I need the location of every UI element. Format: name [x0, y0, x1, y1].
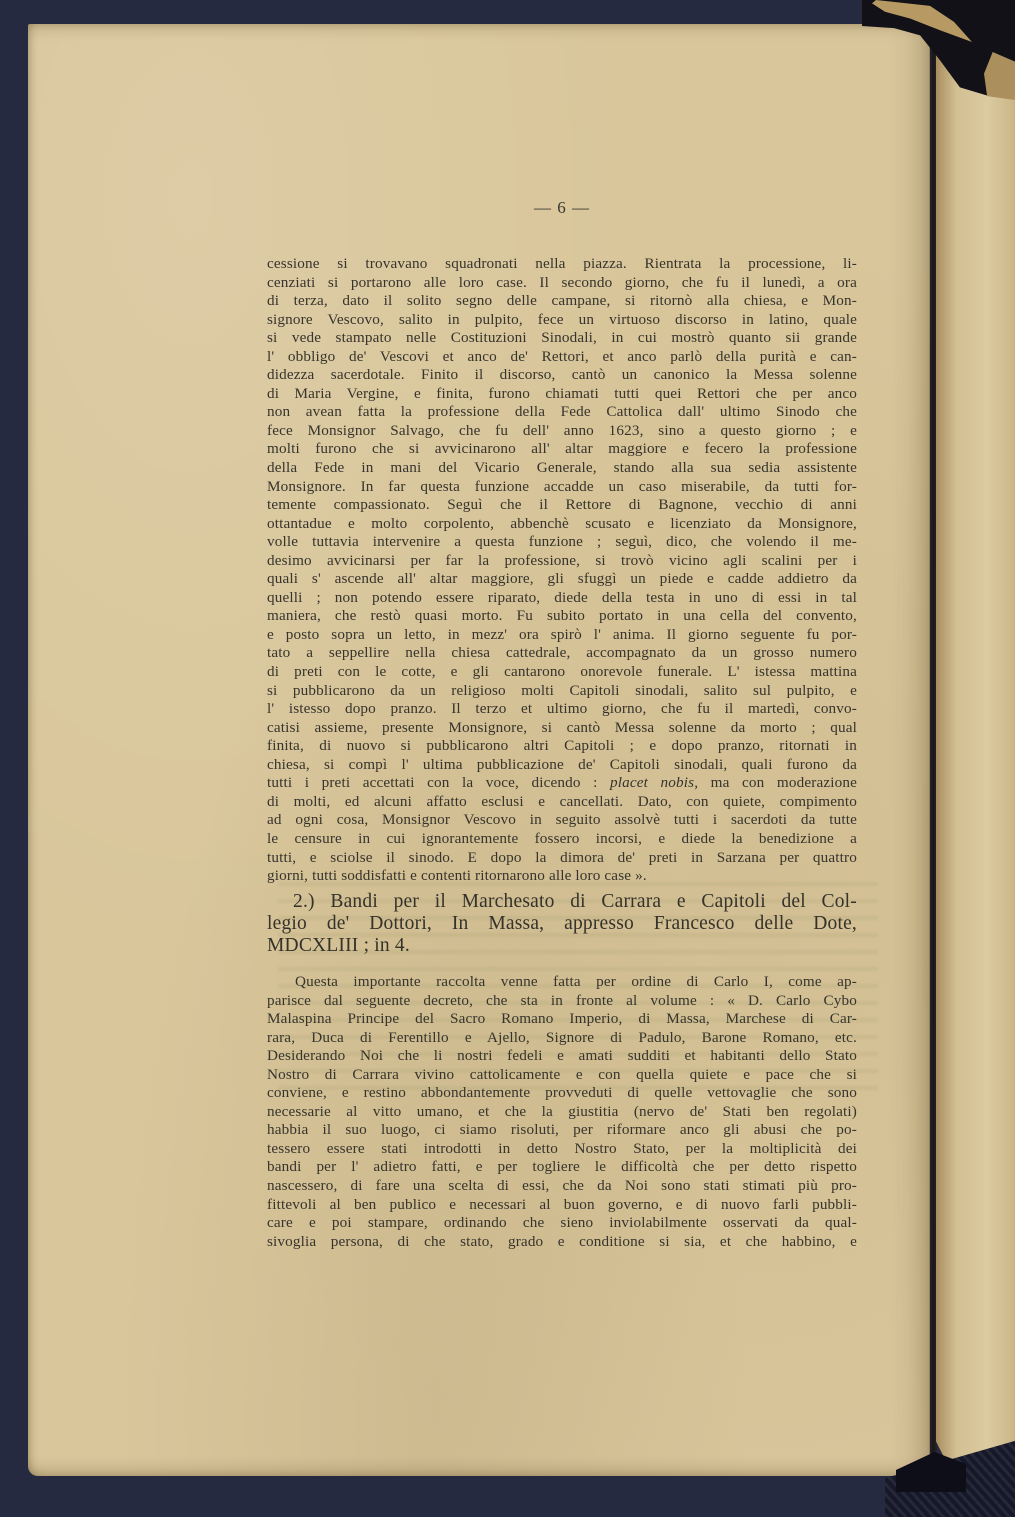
text-line-with-italic: tutti i preti accettati con la voce, dic…: [267, 774, 857, 793]
text-line: habbia il suo luogo, ci siamo risoluti, …: [267, 1121, 857, 1140]
text-line: bandi per l' adietro fatti, e per toglie…: [267, 1158, 857, 1177]
text-line: ottantadue e molto corpolento, abbenchè …: [267, 515, 857, 534]
text-line: tessero essere stati introdotti in detto…: [267, 1140, 857, 1159]
text-line: quali s' ascende all' altar maggiore, gl…: [267, 570, 857, 589]
heading-line: MDCXLIII ; in 4.: [267, 935, 857, 957]
text-line: l' obbligo de' Vescovi et anco de' Retto…: [267, 348, 857, 367]
section-heading-bandi-carrara: 2.) Bandi per il Marchesato di Carrara e…: [267, 891, 857, 957]
text-segment: ma con moderazione: [698, 774, 857, 791]
text-line: si vede stampato nelle Costituzioni Sino…: [267, 329, 857, 348]
text-line: cessione si trovavano squadronati nella …: [267, 255, 857, 274]
text-line: sivoglia persona, di che stato, grado e …: [267, 1233, 857, 1252]
text-line: ad ogni cosa, Monsignor Vescovo in segui…: [267, 811, 857, 830]
text-line: finita, di nuovo si pubblicarono altri C…: [267, 737, 857, 756]
text-line: e posto sopra un letto, in mezz' ora spi…: [267, 626, 857, 645]
text-line: fittevoli al ben publico e necessari al …: [267, 1196, 857, 1215]
paragraph-lines-b: di molti, ed alcuni affatto esclusi e ca…: [267, 793, 857, 886]
book-scan-photo: — 6 — cessione si trovavano squadronati …: [0, 0, 1015, 1517]
text-line: della Fede in mani del Vicario Generale,…: [267, 459, 857, 478]
text-line: didezza sacerdotale. Finito il discorso,…: [267, 366, 857, 385]
next-page-fore-edge: [936, 33, 1015, 1463]
text-line: di Maria Vergine, e finita, furono chiam…: [267, 385, 857, 404]
text-line: Questa importante raccolta venne fatta p…: [267, 973, 857, 992]
text-line: molti furono che si avvicinarono all' al…: [267, 440, 857, 459]
text-line: l' istesso dopo pranzo. Il terzo et ulti…: [267, 700, 857, 719]
text-line: maniera, che restò quasi morto. Fu subit…: [267, 607, 857, 626]
text-segment: tutti i preti accettati con la voce, dic…: [267, 774, 610, 791]
text-line: conviene, e restino abbondantemente prov…: [267, 1084, 857, 1103]
paragraph-synod-account: cessione si trovavano squadronati nella …: [267, 255, 857, 886]
text-line: di molti, ed alcuni affatto esclusi e ca…: [267, 793, 857, 812]
text-line: rara, Duca di Ferentillo e Ajello, Signo…: [267, 1029, 857, 1048]
paragraph-lines-a: cessione si trovavano squadronati nella …: [267, 255, 857, 774]
page-number: — 6 —: [267, 198, 857, 220]
text-line: parisce dal seguente decreto, che sta in…: [267, 992, 857, 1011]
text-line: si pubblicarono da un religioso molti Ca…: [267, 682, 857, 701]
text-line: di preti con le cotte, e gli cantarono o…: [267, 663, 857, 682]
text-line: care e poi stampare, ordinando che sieno…: [267, 1214, 857, 1233]
text-line: desimo avvicinarsi per far la profession…: [267, 552, 857, 571]
heading-line: legio de' Dottori, In Massa, appresso Fr…: [267, 913, 857, 935]
text-line: signore Vescovo, salito in pulpito, fece…: [267, 311, 857, 330]
text-line: temente compassionato. Seguì che il Rett…: [267, 496, 857, 515]
text-line: chiesa, si compì l' ultima pubblicazione…: [267, 756, 857, 775]
text-line: le censure in cui ignorantemente fossero…: [267, 830, 857, 849]
text-line: Monsignore. In far questa funzione accad…: [267, 478, 857, 497]
text-line: tutti, e sciolse il sinodo. E dopo la di…: [267, 849, 857, 868]
heading-line: 2.) Bandi per il Marchesato di Carrara e…: [267, 891, 857, 913]
text-line: Desiderando Noi che li nostri fedeli e a…: [267, 1047, 857, 1066]
text-line: nascessero, di fare una scelta di essi, …: [267, 1177, 857, 1196]
text-line: di terza, dato il solito segno delle cam…: [267, 292, 857, 311]
text-line: necessarie al vitto umano, et che la giu…: [267, 1103, 857, 1122]
text-line: non avean fatta la professione della Fed…: [267, 403, 857, 422]
text-line: tato a seppellire nella chiesa cattedral…: [267, 644, 857, 663]
paragraph-decree-carlo-cybo: Questa importante raccolta venne fatta p…: [267, 973, 857, 1251]
text-line: Nostro di Carrara vivino cattolicamente …: [267, 1066, 857, 1085]
latin-phrase-italic: placet nobis,: [610, 774, 698, 791]
text-line: giorni, tutti soddisfatti e contenti rit…: [267, 867, 857, 886]
text-line: quelli ; non potendo essere riparato, di…: [267, 589, 857, 608]
text-line: catisi assieme, presente Monsignore, si …: [267, 719, 857, 738]
text-line: cenziati si portarono alle loro case. Il…: [267, 274, 857, 293]
page-gap-shadow: [929, 28, 937, 1470]
text-block: — 6 — cessione si trovavano squadronati …: [267, 24, 857, 1476]
text-line: Malaspina Principe del Sacro Romano Impe…: [267, 1010, 857, 1029]
text-line: fece Monsignor Salvago, che fu dell' ann…: [267, 422, 857, 441]
text-line: volle tuttavia intervenire a questa funz…: [267, 533, 857, 552]
scanned-page: — 6 — cessione si trovavano squadronati …: [28, 24, 930, 1476]
